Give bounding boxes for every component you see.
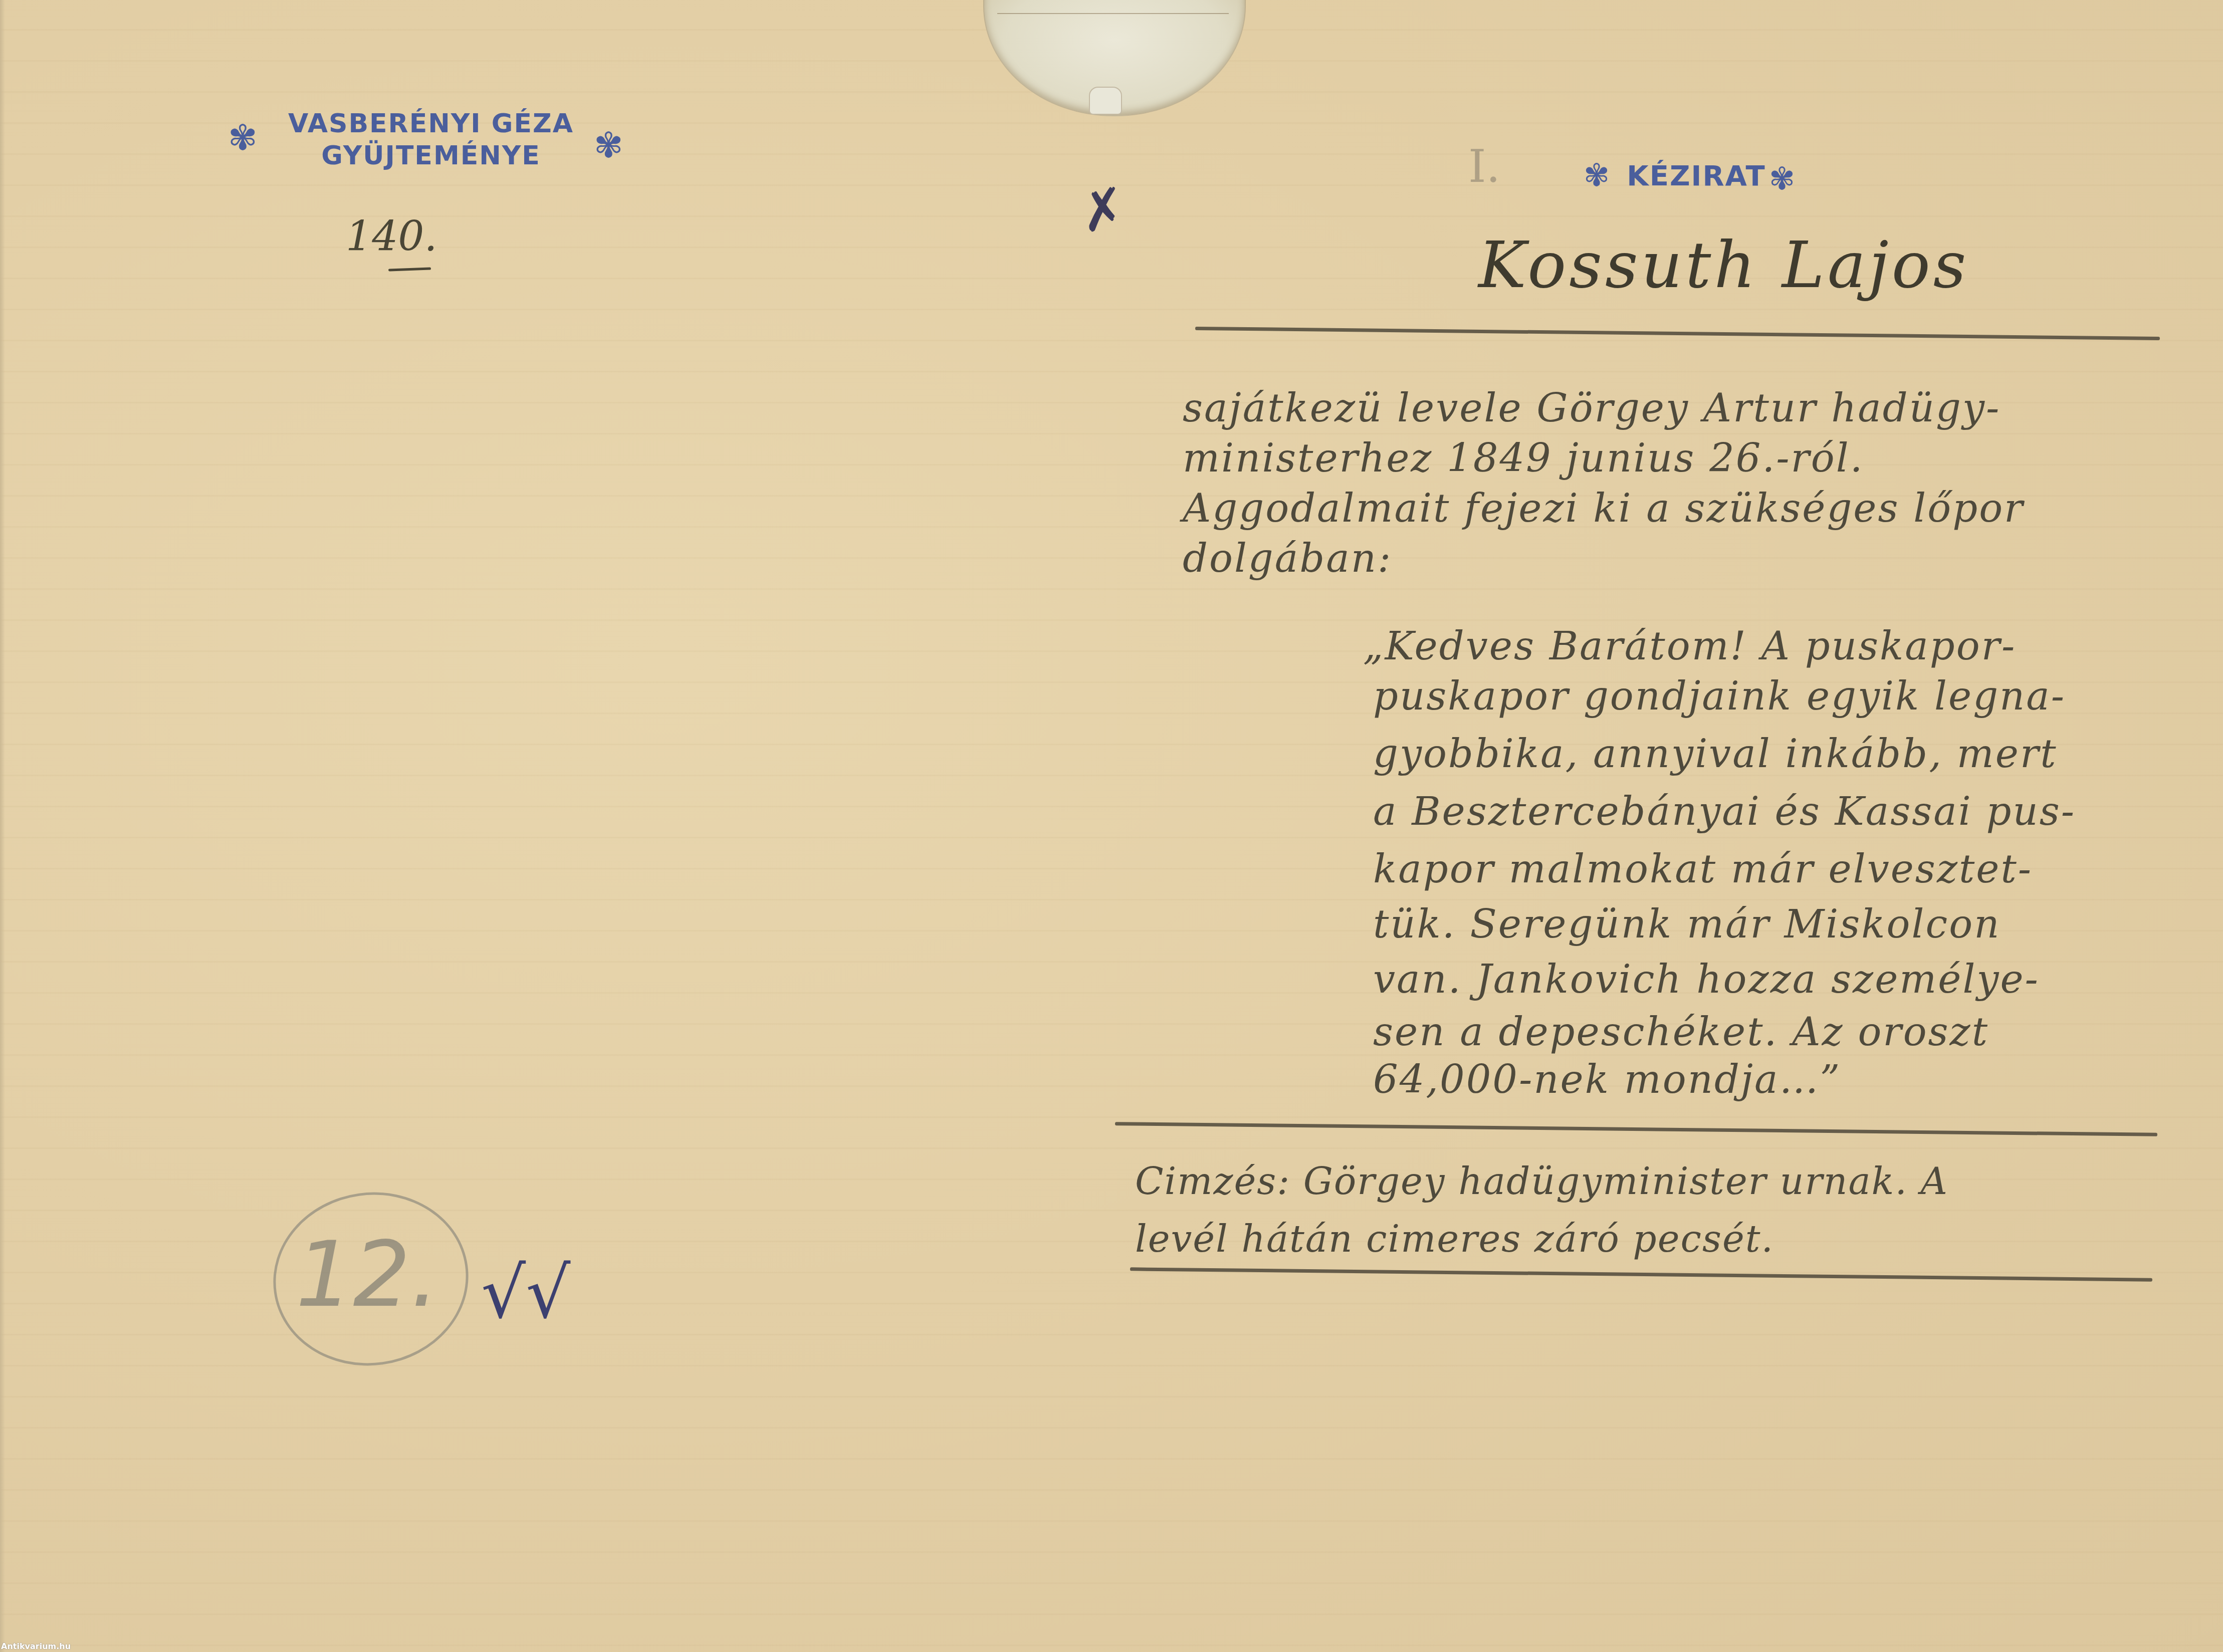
flower-stamp-icon: ✾ [1584, 158, 1610, 193]
watermark: Antikvarium.hu [1, 1641, 71, 1651]
quote-line: 64,000-nek mondja…” [1373, 1057, 1841, 1102]
description-line: ministerhez 1849 junius 26.-ról. [1183, 436, 1864, 481]
address-line: levél hátán cimeres záró pecsét. [1135, 1218, 1774, 1261]
flower-stamp-icon: ✾ [594, 128, 623, 163]
quote-line: kapor malmokat már elvesztet- [1373, 847, 2033, 892]
quote-line: gyobbika, annyival inkább, mert [1373, 732, 2058, 777]
quote-line: sen a depeschéket. Az oroszt [1373, 1010, 1989, 1055]
quote-line: puskapor gondjaink egyik legna- [1373, 674, 2066, 719]
manuscript-stamp: KÉZIRAT [1626, 161, 1766, 191]
check-marks-icon: √√ [481, 1253, 570, 1334]
notch-fold-line [997, 13, 1229, 14]
circled-number: 12. [296, 1223, 439, 1327]
quote-line: a Besztercebányai és Kassai pus- [1373, 789, 2076, 834]
description-line: dolgában: [1183, 536, 1392, 581]
document-title: Kossuth Lajos [1478, 228, 1969, 303]
description-line: sajátkezü levele Görgey Artur hadügy- [1183, 386, 2000, 431]
collection-stamp-label: GYÜJTEMÉNYE [273, 140, 589, 172]
notch-tab [1089, 87, 1122, 115]
collection-stamp-name: VASBERÉNYI GÉZA [273, 108, 589, 140]
description-line: Aggodalmait fejezi ki a szükséges lőpor [1183, 486, 2024, 531]
flower-stamp-icon: ✾ [1769, 161, 1795, 196]
paper-left-edge [0, 0, 5, 1652]
pencil-roman-numeral: I. [1468, 140, 1500, 193]
catalog-number: 140. [346, 213, 437, 261]
quote-line: „Kedves Barátom! A puskapor- [1363, 624, 2016, 669]
flower-stamp-icon: ✾ [228, 120, 258, 155]
address-line: Cimzés: Görgey hadügyminister urnak. A [1135, 1160, 1948, 1203]
quote-line: tük. Seregünk már Miskolcon [1373, 902, 2000, 947]
collection-stamp: VASBERÉNYI GÉZA GYÜJTEMÉNYE [273, 108, 589, 172]
quote-line: van. Jankovich hozza személye- [1373, 957, 2040, 1002]
